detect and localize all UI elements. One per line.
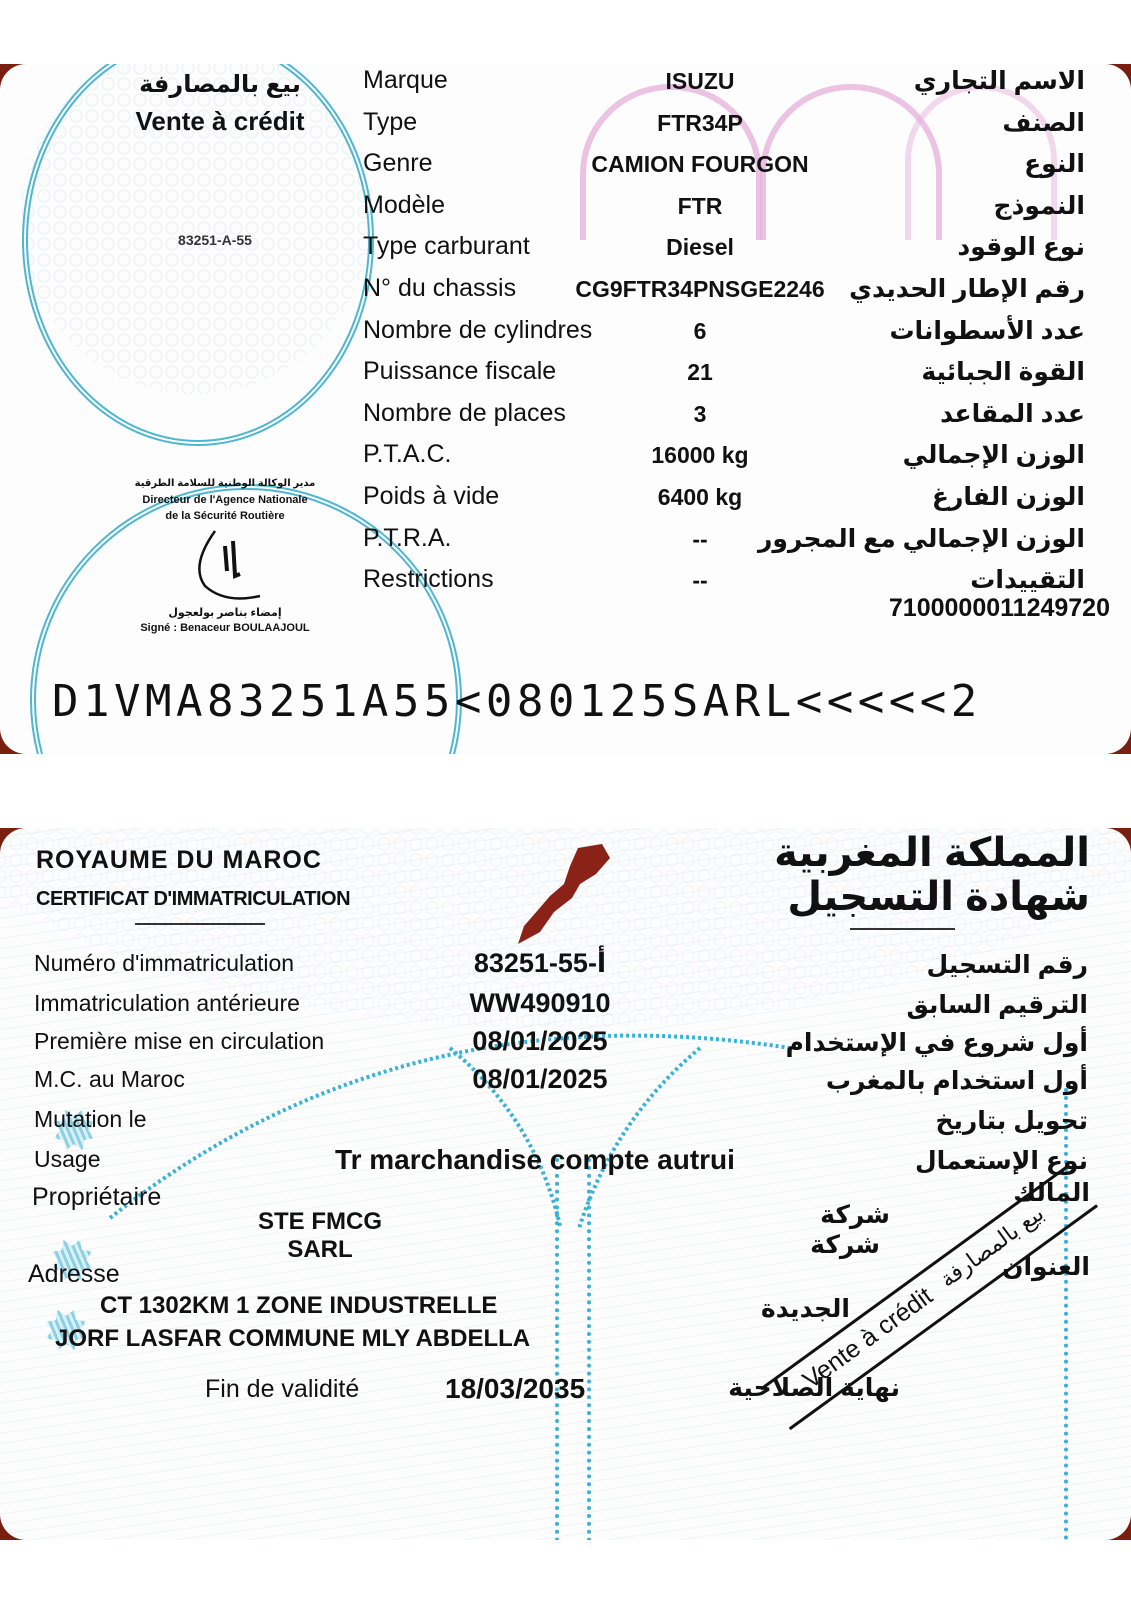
field-value: 08/01/2025 [430,1064,650,1095]
field-label-ar: الوزن الفارغ [820,482,1085,512]
field-label-fr: Puissance fiscale [363,357,556,386]
registration-card-front: ROYAUME DU MAROC CERTIFICAT D'IMMATRICUL… [0,828,1131,1540]
owner-name-ar-line2: شركة [760,1230,880,1260]
field-value: Diesel [555,234,845,261]
owner-label-fr: Propriétaire [32,1183,161,1212]
field-value: 6400 kg [555,484,845,511]
field-label-fr: Genre [363,149,432,178]
field-label-fr: Immatriculation antérieure [34,990,300,1017]
field-label-fr: Restrictions [363,565,494,594]
field-value: 3 [555,401,845,428]
plate-watermark: 83251-A-55 [150,232,280,248]
field-label-fr: Type [363,108,417,137]
address-line1: CT 1302KM 1 ZONE INDUSTRELLE [100,1292,497,1320]
field-label-fr: Mutation le [34,1106,147,1133]
validity-label-fr: Fin de validité [205,1375,359,1404]
address-city-ar: الجديدة [700,1294,850,1324]
field-value: Tr marchandise compte autrui [290,1144,780,1176]
signatory-title-fr-1: Directeur de l'Agence Nationale [110,494,340,506]
signatory-signed-ar: إمضاء بناصر بولعجول [110,606,340,619]
field-value: 21 [555,359,845,386]
country-name-ar: المملكة المغربية [740,830,1090,876]
document-title-fr: CERTIFICAT D'IMMATRICULATION [36,888,350,911]
field-label-ar: الاسم التجاري [820,66,1085,96]
field-label-ar: الصنف [820,108,1085,138]
signatory-signed-fr: Signé : Benaceur BOULAAJOUL [110,622,340,634]
field-value: -- [555,567,845,594]
signature-icon [185,526,275,606]
field-label-ar: الوزن الإجمالي [820,440,1085,470]
field-label-fr: Première mise en circulation [34,1028,324,1055]
field-value: ISUZU [555,68,845,95]
field-label-fr: P.T.A.C. [363,440,451,469]
address-line2: JORF LASFAR COMMUNE MLY ABDELLA [55,1325,530,1353]
field-label-fr: Numéro d'immatriculation [34,950,294,977]
field-label-ar: تحويل بتاريخ [780,1106,1088,1136]
field-label-fr: M.C. au Maroc [34,1066,185,1093]
credit-notice-fr: Vente à crédit [120,106,320,137]
morocco-map-icon [510,840,620,950]
field-label-ar: رقم التسجيل [780,950,1088,980]
field-value: CG9FTR34PNSGE2246 [555,276,845,303]
machine-readable-zone: D1VMA83251A55<080125SARL<<<<<2 [52,676,982,727]
field-label-ar: عدد الأسطوانات [820,316,1085,346]
owner-name-line2: SARL [220,1236,420,1264]
field-label-ar: أول شروع في الإستخدام [780,1028,1088,1058]
field-value: WW490910 [430,988,650,1019]
serial-number: 7100000011249720 [840,594,1110,623]
field-value: 83251-أ-55 [430,948,650,979]
document-title-ar: شهادة التسجيل [740,874,1090,920]
address-label-fr: Adresse [28,1260,120,1289]
registration-card-back: بيع بالمصارفة Vente à crédit 83251-A-55 … [0,64,1131,754]
field-label-fr: Poids à vide [363,482,499,511]
field-label-fr: Nombre de places [363,399,566,428]
field-label-ar: التقييدات [820,565,1085,595]
field-label-ar: نوع الوقود [820,232,1085,262]
divider [135,923,265,925]
field-label-ar: الوزن الإجمالي مع المجرور [700,524,1085,554]
field-label-fr: Marque [363,66,448,95]
card-front-face: ROYAUME DU MAROC CERTIFICAT D'IMMATRICUL… [0,828,1131,1540]
field-label-ar: النوع [820,149,1085,179]
owner-name-ar-line1: شركة [760,1200,890,1230]
card-back-face: بيع بالمصارفة Vente à crédit 83251-A-55 … [0,64,1131,754]
field-value: 6 [555,318,845,345]
field-label-ar: الترقيم السابق [780,990,1088,1020]
field-label-ar: رقم الإطار الحديدي [820,274,1085,304]
field-value: FTR [555,193,845,220]
signatory-title-fr-2: de la Sécurité Routière [110,510,340,522]
security-arc [100,988,800,1228]
field-label-fr: Modèle [363,191,445,220]
divider [850,928,955,930]
field-label-ar: نوع الإستعمال [780,1146,1088,1176]
field-label-fr: Type carburant [363,232,530,261]
field-label-ar: النموذج [820,191,1085,221]
country-name-fr: ROYAUME DU MAROC [36,846,322,875]
field-label-fr: N° du chassis [363,274,516,303]
field-value: FTR34P [555,110,845,137]
field-label-ar: عدد المقاعد [820,399,1085,429]
field-label-ar: أول استخدام بالمغرب [780,1066,1088,1096]
owner-name-line1: STE FMCG [220,1208,420,1236]
validity-date: 18/03/2035 [445,1373,585,1405]
field-label-fr: Usage [34,1146,100,1173]
field-label-ar: القوة الجبائية [820,357,1085,387]
field-value: 08/01/2025 [430,1026,650,1057]
credit-notice-ar: بيع بالمصارفة [120,70,320,99]
field-value: CAMION FOURGON [555,151,845,178]
field-value: 16000 kg [555,442,845,469]
field-label-fr: P.T.R.A. [363,524,451,553]
signatory-title-ar: مدير الوكالة الوطنية للسلامة الطرقية [110,478,340,489]
